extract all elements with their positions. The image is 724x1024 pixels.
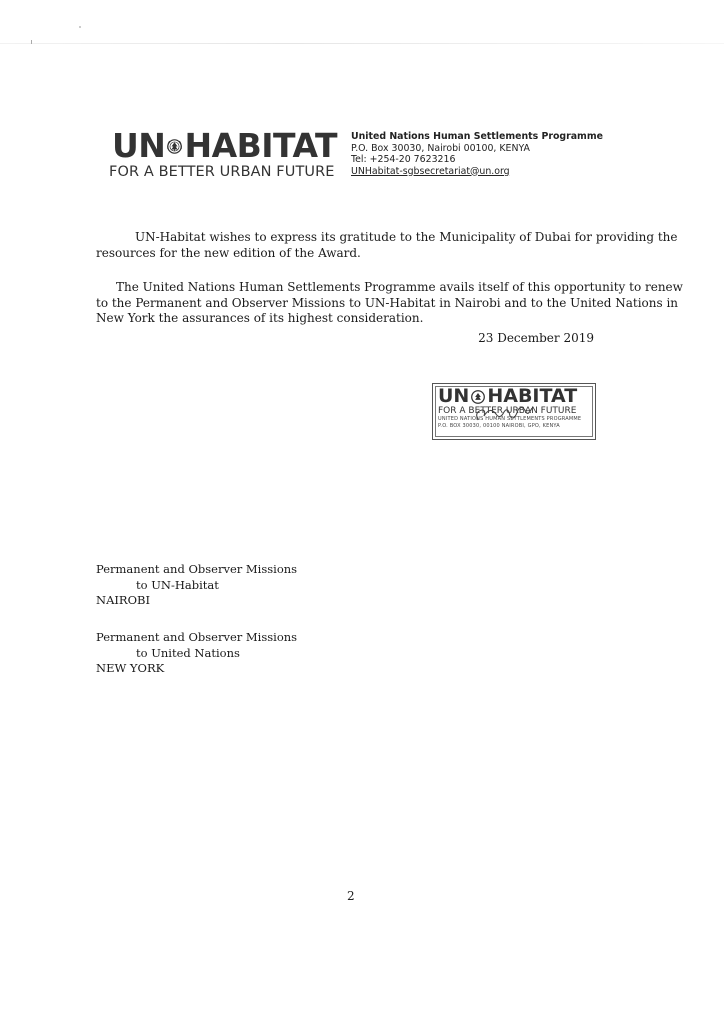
letter-date: 23 December 2019: [478, 331, 594, 345]
recipient-block-new-york: Permanent and Observer Missions to Unite…: [96, 630, 297, 677]
email-link[interactable]: UNHabitat-sgbsecretariat@un.org: [351, 166, 603, 178]
paragraph-line: New York the assurances of its highest c…: [96, 311, 683, 327]
po-box: P.O. Box 30030, Nairobi 00100, KENYA: [351, 143, 603, 155]
telephone: Tel: +254-20 7623216: [351, 154, 603, 166]
organization-name: United Nations Human Settlements Program…: [351, 131, 603, 143]
logo-text-un: UN: [112, 129, 165, 163]
paragraph-closing: The United Nations Human Settlements Pro…: [96, 280, 683, 327]
recipient-line: to United Nations: [96, 646, 297, 662]
paragraph-gratitude: UN-Habitat wishes to express its gratitu…: [96, 230, 677, 261]
recipient-city: NAIROBI: [96, 593, 297, 609]
recipient-city: NEW YORK: [96, 661, 297, 677]
signature-icon: [470, 398, 540, 428]
recipient-block-nairobi: Permanent and Observer Missions to UN-Ha…: [96, 562, 297, 609]
letterhead-address: United Nations Human Settlements Program…: [351, 131, 603, 177]
page-number: 2: [347, 889, 355, 903]
scan-artifact-mark: [31, 40, 32, 44]
paragraph-line: The United Nations Human Settlements Pro…: [96, 280, 683, 296]
recipient-line: Permanent and Observer Missions: [96, 562, 297, 578]
recipient-line: Permanent and Observer Missions: [96, 630, 297, 646]
recipient-line: to UN-Habitat: [96, 578, 297, 594]
logo-text-habitat: HABITAT: [184, 129, 337, 163]
un-habitat-logo: UN HABITAT FOR A BETTER URBAN FUTURE: [112, 129, 337, 180]
paragraph-line: to the Permanent and Observer Missions t…: [96, 296, 683, 312]
paragraph-line: UN-Habitat wishes to express its gratitu…: [96, 230, 677, 246]
logo-tagline: FOR A BETTER URBAN FUTURE: [109, 164, 337, 180]
scan-artifact-dot: [79, 26, 81, 28]
logo-wordmark: UN HABITAT: [112, 129, 337, 163]
paragraph-line: resources for the new edition of the Awa…: [96, 246, 677, 262]
scan-artifact-line: [0, 43, 724, 44]
un-emblem-icon: [166, 133, 183, 160]
stamp-text-un: UN: [438, 387, 469, 406]
